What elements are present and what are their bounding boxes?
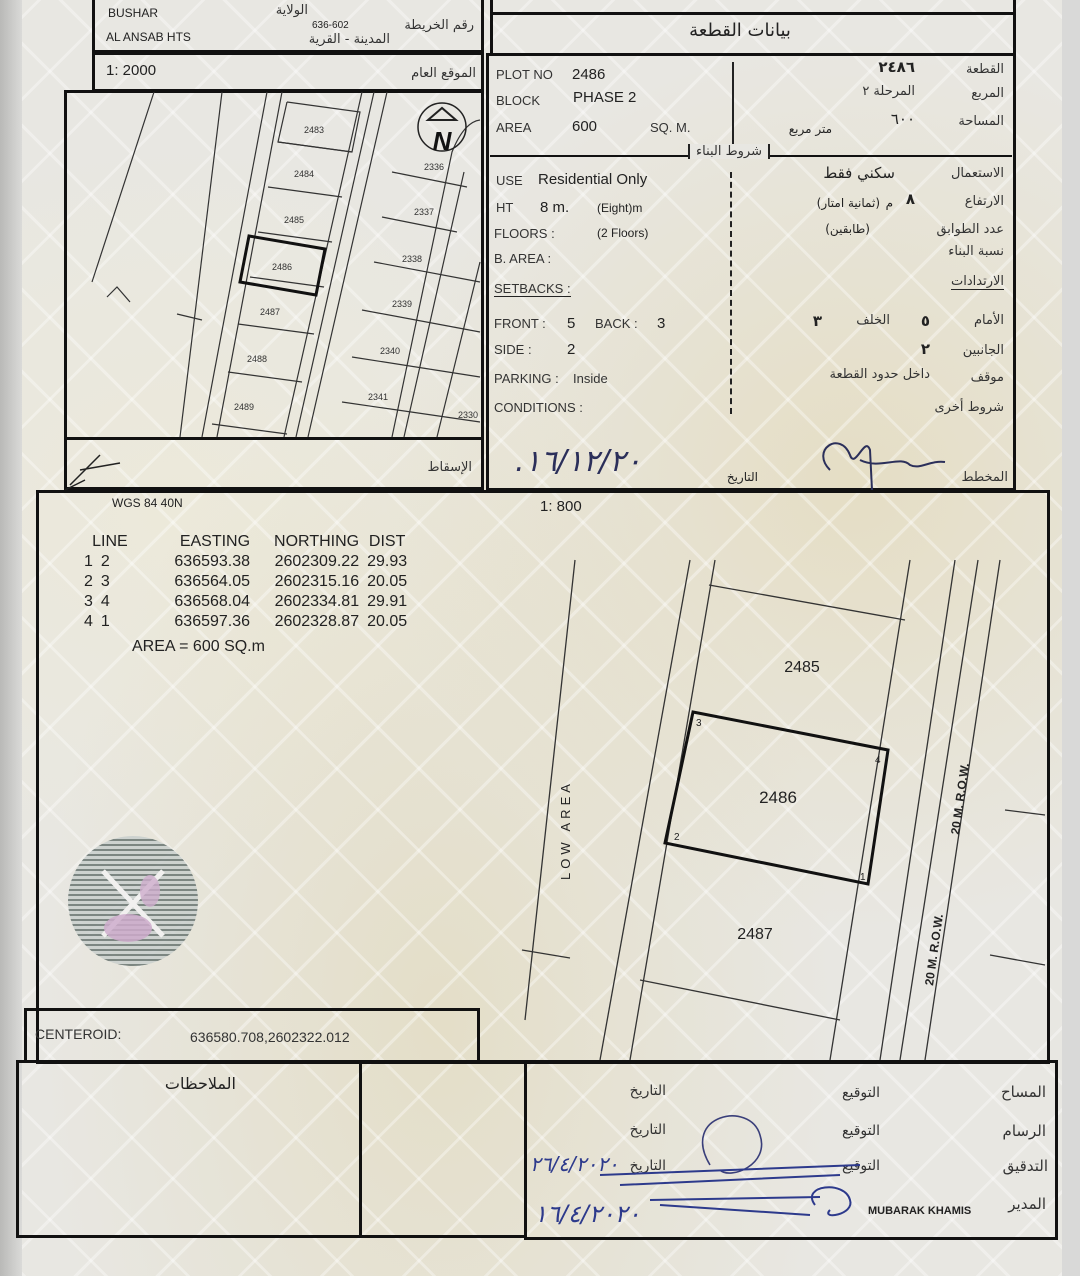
svg-text:N: N [433, 126, 453, 156]
khanjar-emblem-icon [68, 836, 198, 966]
side-value-ar: ٢ [921, 340, 930, 358]
parcel-label: 2336 [424, 162, 444, 172]
block-label-ar: المربع [971, 86, 1004, 101]
setbacks-label-ar: الارتدادات [951, 274, 1004, 290]
projection-arrow-scribble [60, 445, 130, 495]
back-value-ar: ٣ [813, 312, 822, 330]
general-scale: 1: 2000 [106, 62, 156, 79]
side-label-ar: الجانبين [963, 343, 1004, 358]
col-line: LINE [80, 532, 140, 552]
parcel-label: 2338 [402, 254, 422, 264]
manager-label: المدير [1008, 1195, 1046, 1213]
parcel-label: 2487 [260, 307, 280, 317]
height-label-ar: الارتفاع [965, 194, 1004, 209]
plot-no-value: 2486 [572, 66, 605, 83]
detail-map-drawing: 2485 2486 2487 1 2 3 4 LOW AREA 20 M. R.… [500, 540, 1045, 1060]
front-label: FRONT : [494, 316, 546, 331]
use-value: Residential Only [538, 171, 647, 188]
official-hologram-seal [68, 836, 198, 966]
front-value: 5 [567, 315, 575, 332]
corner-label: 4 [875, 755, 881, 766]
parcel-label: 2489 [234, 402, 254, 412]
parcel-label: 2337 [414, 207, 434, 217]
parking-value-ar: داخل حدود القطعة [829, 367, 930, 382]
height-value-ar: ٨ [906, 190, 915, 208]
date-label-ar: التاريخ [727, 470, 758, 484]
map-no-value: 636-602 [312, 20, 349, 31]
notes-label: الملاحظات [165, 1074, 236, 1093]
block-label: BLOCK [496, 93, 540, 108]
row-label: 20 M. R.O.W. [922, 913, 946, 986]
column-divider [730, 172, 732, 414]
use-label-ar: الاستعمال [951, 166, 1004, 181]
use-label: USE [496, 173, 523, 188]
date-label: التاريخ [630, 1083, 666, 1099]
city-village-label: المدينة - القرية [309, 32, 390, 47]
parcel-label: 2483 [304, 125, 324, 135]
area-value: 600 [572, 118, 597, 135]
parking-value: Inside [573, 371, 608, 386]
plot-no-label: PLOT NO [496, 67, 553, 82]
floors-label: FLOORS : [494, 226, 555, 241]
back-label-ar: الخلف [856, 313, 890, 328]
centroid-value: 636580.708,2602322.012 [190, 1029, 350, 1045]
conditions-label-ar: شروط أخرى [935, 400, 1005, 415]
area-unit-ar: متر مربع [789, 122, 832, 136]
checker-label: التدقيق [1003, 1157, 1048, 1175]
parcel-label: 2484 [294, 169, 314, 179]
height-words: (Eight)m [597, 201, 642, 215]
height-unit-ar: م [886, 196, 893, 210]
detail-scale: 1: 800 [540, 498, 582, 515]
parcel-label: 2485 [784, 659, 820, 676]
height-value: 8 m. [540, 199, 569, 216]
front-label-ar: الأمام [974, 313, 1004, 328]
table-row: 3 4 636568.04 2602334.81 29.91 [80, 592, 411, 612]
parcel-label: 2486 [759, 788, 797, 807]
setbacks-label: SETBACKS : [494, 281, 571, 297]
plot-no-label-ar: القطعة [966, 62, 1004, 77]
column-divider [732, 62, 734, 146]
location-map-drawing: 2483 2484 2485 2486 2487 2488 2489 2336 … [92, 92, 480, 437]
projection-divider [64, 437, 484, 440]
building-conditions-title: شروط البناء [688, 144, 770, 159]
map-no-label: رقم الخريطة [404, 18, 474, 33]
surveyor-label: المساح [1001, 1083, 1046, 1101]
stamp-box [359, 1060, 527, 1238]
area-label: AREA [496, 120, 531, 135]
floors-value-ar: (طابقين) [825, 222, 870, 236]
coordinates-table: LINE EASTING NORTHING DIST 1 2 636593.38… [80, 532, 411, 632]
coordinates-header: LINE EASTING NORTHING DIST [80, 532, 411, 552]
parcel-label: 2488 [247, 354, 267, 364]
b-area-label-ar: نسبة البناء [948, 244, 1004, 259]
parcel-label: 2487 [737, 926, 773, 943]
height-label: HT [496, 200, 513, 215]
table-row: 2 3 636564.05 2602315.16 20.05 [80, 572, 411, 592]
front-value-ar: ٥ [921, 312, 930, 330]
use-value-ar: سكني فقط [823, 164, 895, 182]
planner-label-ar: المخطط [962, 470, 1008, 485]
parcel-label: 2330 [458, 410, 478, 420]
north-arrow-icon: N [418, 103, 466, 156]
floors-label-ar: عدد الطوابق [936, 222, 1004, 237]
city-village-value: AL ANSAB HTS [106, 30, 191, 44]
corner-label: 3 [696, 718, 702, 729]
plot-data-box [486, 53, 1016, 491]
b-area-label: B. AREA : [494, 251, 551, 266]
area-label-ar: المساحة [958, 114, 1004, 129]
parcel-label: 2485 [284, 215, 304, 225]
wilayat-value: BUSHAR [108, 6, 158, 20]
row-label: 20 M. R.O.W. [948, 762, 972, 835]
back-value: 3 [657, 315, 665, 332]
datum-label: WGS 84 40N [112, 496, 183, 510]
manager-name: MUBARAK KHAMIS [868, 1205, 971, 1217]
signature-label: التوقيع [842, 1085, 880, 1101]
corner-label: 1 [860, 872, 866, 883]
parcel-label: 2486 [272, 262, 292, 272]
wilayat-label: الولاية [276, 3, 308, 18]
table-row: 1 2 636593.38 2602309.22 29.93 [80, 552, 411, 572]
parking-label: PARKING : [494, 371, 559, 386]
area-value-ar: ٦٠٠ [891, 110, 915, 128]
side-label: SIDE : [494, 342, 532, 357]
height-words-ar: (ثمانية امتار) [817, 196, 880, 210]
col-dist: DIST [363, 532, 411, 552]
parcel-label: 2340 [380, 346, 400, 356]
block-value-ar: المرحلة ٢ [862, 84, 915, 99]
col-easting: EASTING [140, 532, 254, 552]
parcel-label: 2341 [368, 392, 388, 402]
table-row: 4 1 636597.36 2602328.87 20.05 [80, 612, 411, 632]
conditions-label: CONDITIONS : [494, 400, 583, 415]
area-summary: AREA = 600 SQ.m [132, 638, 265, 656]
area-unit: SQ. M. [650, 120, 690, 135]
parking-label-ar: موقف [971, 370, 1004, 385]
plot-no-value-ar: ٢٤٨٦ [878, 58, 915, 76]
floors-value: (2 Floors) [597, 226, 648, 240]
back-label: BACK : [595, 316, 638, 331]
side-value: 2 [567, 341, 575, 358]
centroid-label: CENTEROID: [35, 1026, 121, 1042]
col-northing: NORTHING [254, 532, 363, 552]
planner-signature [810, 430, 950, 490]
approval-signatures [560, 1105, 870, 1235]
planner-handwritten-date: ١٦/١٢/٢٠. [515, 444, 641, 479]
draftsman-label: الرسام [1003, 1122, 1046, 1140]
plot-data-title: بيانات القطعة [640, 20, 840, 41]
projection-label: الإسقاط [428, 460, 472, 475]
parcel-label: 2339 [392, 299, 412, 309]
general-location-label: الموقع العام [411, 66, 476, 81]
corner-label: 2 [674, 832, 680, 843]
low-area-label: LOW AREA [558, 780, 573, 880]
block-value: PHASE 2 [573, 89, 636, 106]
